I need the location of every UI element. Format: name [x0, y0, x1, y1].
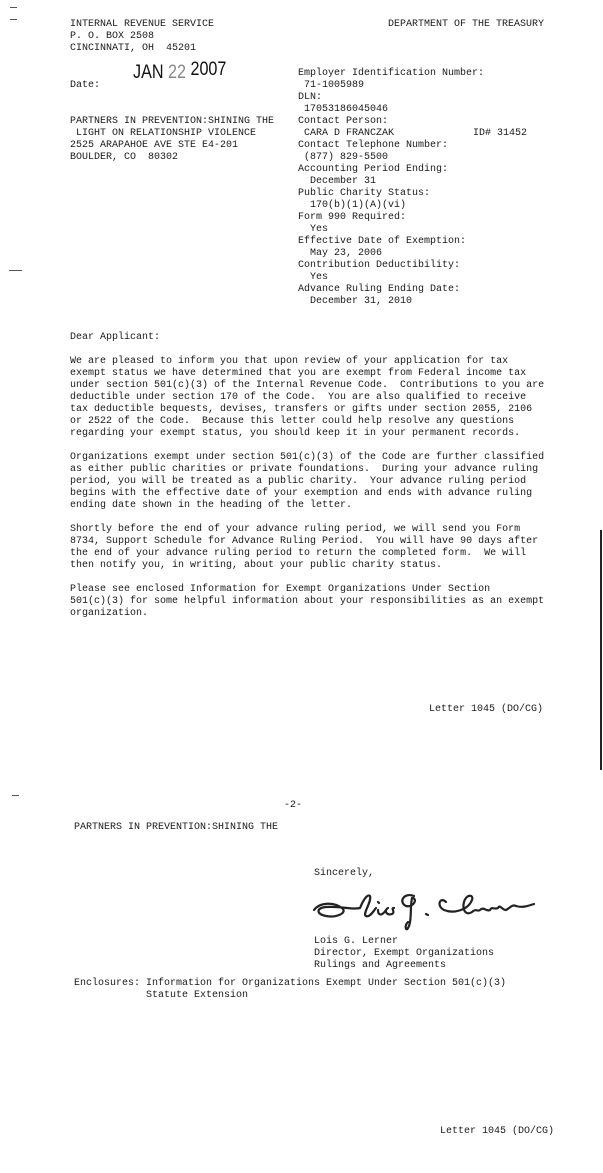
charity-label: Public Charity Status: [298, 188, 430, 200]
ein-label: Employer Identification Number: [298, 68, 484, 80]
deductibility-label: Contribution Deductibility: [298, 260, 460, 272]
recipient-line: BOULDER, CO 80302 [70, 152, 178, 164]
signature [312, 888, 542, 937]
body-paragraph: Please see enclosed Information for Exem… [70, 584, 550, 620]
form990-label: Form 990 Required: [298, 212, 406, 224]
page-edge-border [600, 530, 602, 770]
signature-icon [312, 888, 542, 932]
effective-date-value: May 23, 2006 [298, 248, 382, 260]
body-paragraph: We are pleased to inform you that upon r… [70, 356, 550, 440]
margin-mark [9, 270, 22, 271]
recipient-line: 2525 ARAPAHOE AVE STE E4-201 [70, 140, 238, 152]
margin-mark [10, 7, 17, 8]
body-paragraph: Shortly before the end of your advance r… [70, 524, 550, 572]
sender-name: INTERNAL REVENUE SERVICE [70, 19, 214, 31]
date-label: Date: [70, 80, 100, 92]
contact-label: Contact Person: [298, 116, 388, 128]
phone-value: (877) 829-5500 [298, 152, 388, 164]
effective-date-label: Effective Date of Exemption: [298, 236, 466, 248]
sender-address-line: P. O. BOX 2508 [70, 31, 154, 43]
letter-footer: Letter 1045 (DO/CG) [429, 704, 543, 716]
phone-label: Contact Telephone Number: [298, 140, 448, 152]
sender-city-line: CINCINNATI, OH 45201 [70, 43, 196, 55]
margin-mark [12, 795, 19, 796]
advance-ruling-label: Advance Ruling Ending Date: [298, 284, 460, 296]
deductibility-value: Yes [298, 272, 328, 284]
ein-value: 71-1005989 [298, 80, 364, 92]
date-stamp-year: 2007 [190, 59, 226, 80]
body-paragraph: Organizations exempt under section 501(c… [70, 452, 550, 512]
signer-name: Lois G. Lerner [314, 936, 398, 948]
date-stamp-month: JAN [133, 62, 164, 83]
date-stamp: JAN 22 2007 [133, 67, 226, 79]
signer-title: Rulings and Agreements [314, 960, 446, 972]
closing: Sincerely, [314, 868, 374, 880]
enclosure-item: Statute Extension [146, 990, 248, 1002]
dln-label: DLN: [298, 92, 322, 104]
margin-mark [10, 19, 17, 20]
enclosure-item: Information for Organizations Exempt Und… [146, 978, 506, 990]
enclosures-label: Enclosures: [74, 978, 140, 990]
contact-id: ID# 31452 [473, 128, 527, 140]
accounting-value: December 31 [298, 176, 376, 188]
recipient-line: LIGHT ON RELATIONSHIP VIOLENCE [70, 128, 256, 140]
recipient-header: PARTNERS IN PREVENTION:SHINING THE [74, 822, 278, 834]
form990-value: Yes [298, 224, 328, 236]
recipient-line: PARTNERS IN PREVENTION:SHINING THE [70, 116, 274, 128]
signer-title: Director, Exempt Organizations [314, 948, 494, 960]
dln-value: 17053186045046 [298, 104, 388, 116]
accounting-label: Accounting Period Ending: [298, 164, 448, 176]
contact-value: CARA D FRANCZAK [298, 128, 394, 140]
salutation: Dear Applicant: [70, 332, 160, 344]
date-stamp-day: 22 [168, 62, 186, 83]
department-header: DEPARTMENT OF THE TREASURY [388, 19, 544, 31]
charity-value: 170(b)(1)(A)(vi) [298, 200, 406, 212]
letter-footer: Letter 1045 (DO/CG) [440, 1126, 554, 1138]
page-number: -2- [284, 800, 302, 812]
advance-ruling-value: December 31, 2010 [298, 296, 412, 308]
